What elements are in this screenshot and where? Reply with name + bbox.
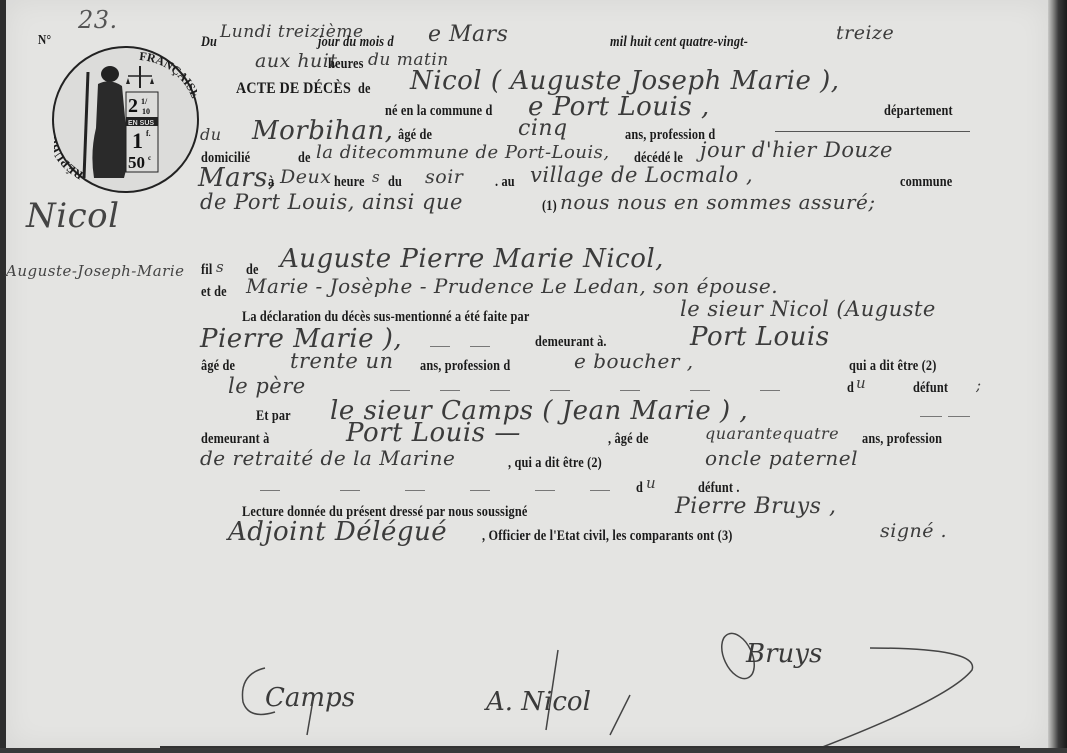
- record-number-label: N°: [38, 33, 51, 49]
- dash: [920, 416, 942, 417]
- hand-declarant-1-profession: e boucher ,: [574, 349, 694, 373]
- hand-hour: aux huit: [255, 50, 338, 72]
- printed-fils: fil: [201, 262, 212, 279]
- hand-commune-name: de Port Louis, ainsi que: [200, 190, 463, 214]
- hand-heure-suffix: s: [372, 168, 380, 186]
- printed-ans-profession-3: ans, profession: [862, 431, 942, 448]
- printed-heures: heures: [328, 56, 364, 73]
- hand-age: cinq: [518, 116, 568, 141]
- hand-signe: signé .: [880, 520, 947, 542]
- hand-semicolon: ;: [976, 376, 982, 394]
- svg-text:1: 1: [132, 128, 143, 153]
- printed-d-2: d: [636, 480, 643, 497]
- dash: [405, 490, 425, 491]
- dash: [760, 390, 780, 391]
- svg-text:50: 50: [128, 153, 145, 172]
- printed-heure: heure: [334, 174, 365, 191]
- signature-camps: Camps: [235, 660, 375, 745]
- hand-declarant-1: le sieur Nicol (Auguste: [680, 297, 936, 321]
- printed-de: de: [358, 81, 371, 98]
- act-title: ACTE DE DÉCÈS: [236, 80, 351, 98]
- hand-month: e Mars: [428, 22, 508, 47]
- hand-father-name: Auguste Pierre Marie Nicol,: [280, 244, 664, 274]
- hand-death-month: Mars,: [198, 163, 277, 193]
- hand-officer-title: Adjoint Délégué: [228, 517, 447, 547]
- hand-declarant-1-residence: Port Louis: [690, 322, 830, 352]
- margin-given-names: Auguste-Joseph-Marie: [6, 262, 185, 280]
- printed-jour-du-mois: jour du mois d: [318, 34, 394, 51]
- printed-et-de: et de: [201, 284, 227, 301]
- hand-village: village de Locmalo ,: [530, 163, 753, 187]
- dash: [470, 346, 490, 347]
- printed-qui-a-dit-etre: qui a dit être (2): [849, 358, 936, 375]
- dash: [550, 390, 570, 391]
- printed-au: . au: [495, 174, 515, 191]
- dash: [690, 390, 710, 391]
- printed-footnote-1: (1): [542, 198, 557, 215]
- printed-year-prefix: mil huit cent quatre-vingt-: [610, 34, 748, 51]
- hand-mother-name: Marie - Josèphe - Prudence Le Ledan, son…: [246, 274, 778, 298]
- printed-departement: département: [884, 103, 953, 120]
- dash: [948, 416, 970, 417]
- bottom-rule: [160, 746, 1020, 748]
- dash: [470, 490, 490, 491]
- hand-year-suffix: treize: [836, 22, 894, 44]
- printed-d: d: [847, 380, 854, 397]
- hand-officer-name: Pierre Bruys ,: [675, 494, 836, 519]
- hand-declarant-2-profession: de retraité de la Marine: [200, 446, 455, 470]
- dash: [590, 490, 610, 491]
- svg-text:A. Nicol: A. Nicol: [484, 687, 591, 717]
- hand-du-suffix-2: u: [646, 474, 656, 492]
- profession-blank-line: [775, 131, 970, 132]
- svg-text:EN SUS: EN SUS: [128, 120, 154, 127]
- dash: [490, 390, 510, 391]
- svg-text:c: c: [148, 154, 151, 162]
- printed-commune: commune: [900, 174, 952, 191]
- hand-soir: soir: [425, 166, 463, 188]
- printed-de-2: de: [298, 150, 311, 167]
- dash: [620, 390, 640, 391]
- svg-text:2: 2: [128, 95, 138, 117]
- printed-qui-a-dit-etre-2: , qui a dit être (2): [508, 455, 602, 472]
- hand-du: du: [200, 125, 222, 144]
- svg-text:f.: f.: [146, 129, 151, 138]
- hand-declarant-1-age: trente un: [290, 349, 394, 373]
- svg-text:Bruys: Bruys: [745, 639, 822, 669]
- stamp-text-republique: RÉPUBLIQUE: [54, 104, 86, 183]
- dash: [340, 490, 360, 491]
- hand-declarant-2-age: quarantequatre: [705, 424, 839, 443]
- printed-officier-etat-civil: , Officier de l'Etat civil, les comparan…: [482, 528, 733, 545]
- svg-text:10: 10: [142, 107, 150, 116]
- hand-declarant-2-residence: Port Louis —: [346, 418, 521, 448]
- hand-relation-1: le père: [228, 374, 306, 398]
- printed-et-par: Et par: [256, 408, 291, 425]
- record-number: 23.: [78, 6, 118, 34]
- hand-assurance: nous nous en sommes assuré;: [560, 190, 876, 214]
- svg-text:RÉPUBLIQUE: RÉPUBLIQUE: [54, 104, 86, 183]
- printed-ne-commune: né en la commune d: [385, 103, 493, 120]
- dash: [440, 390, 460, 391]
- printed-du: Du: [201, 34, 217, 51]
- printed-a: à: [268, 174, 274, 191]
- margin-surname: Nicol: [26, 196, 120, 236]
- printed-ans-profession-2: ans, profession d: [420, 358, 510, 375]
- marianne-justice-icon: RÉPUBLIQUE FRANÇAISE 2 1/ 10 EN SUS 1 f.…: [54, 48, 197, 191]
- dash: [260, 490, 280, 491]
- hand-relation-2: oncle paternel: [705, 446, 858, 470]
- printed-age-de-2: âgé de: [201, 358, 235, 375]
- signature-bruys: Bruys: [710, 618, 1010, 753]
- printed-defunt: défunt: [913, 380, 948, 397]
- hand-domicile: la ditecommune de Port-Louis,: [316, 142, 610, 163]
- printed-du-2: du: [388, 174, 402, 191]
- hand-death-hour: Deux: [280, 166, 331, 188]
- hand-du-suffix: u: [856, 374, 866, 392]
- dash: [390, 390, 410, 391]
- hand-death-day: jour d'hier Douze: [700, 138, 893, 162]
- svg-text:Camps: Camps: [265, 683, 355, 713]
- svg-text:1/: 1/: [141, 97, 148, 106]
- dash: [430, 346, 450, 347]
- signature-nicol: A. Nicol: [480, 640, 660, 745]
- printed-age-de-3: , âgé de: [608, 431, 649, 448]
- scan-right-edge: [1048, 0, 1067, 753]
- hand-fils-suffix: s: [216, 258, 224, 276]
- fiscal-stamp: RÉPUBLIQUE FRANÇAISE 2 1/ 10 EN SUS 1 f.…: [52, 46, 199, 193]
- dash: [535, 490, 555, 491]
